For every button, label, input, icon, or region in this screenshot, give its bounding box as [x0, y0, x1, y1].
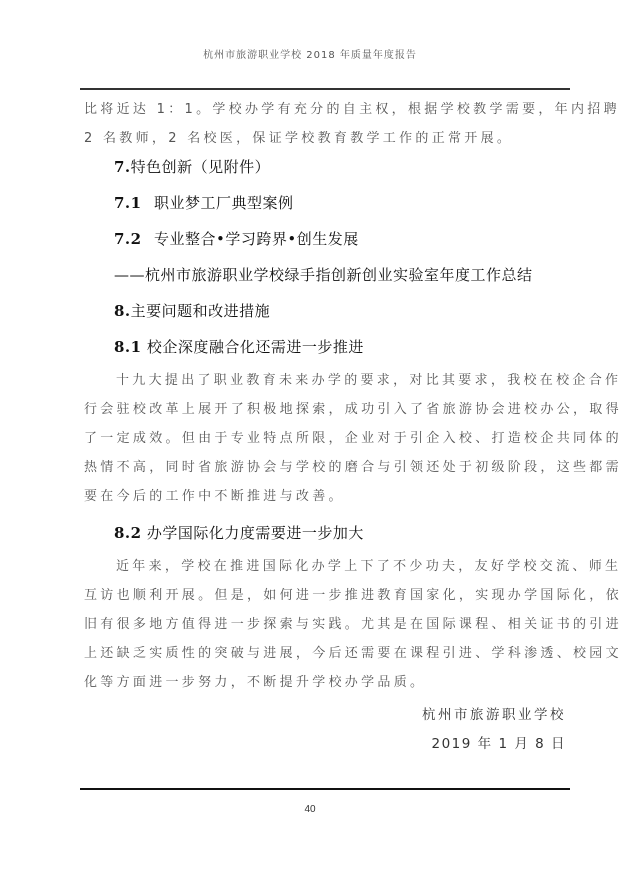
footer-divider — [80, 788, 570, 790]
paragraph-line: 行会驻校改革上展开了积极地探索，成功引入了省旅游协会进校办公，取得 — [84, 401, 566, 419]
header-title: 杭州市旅游职业学校 2018 年质量年度报告 — [0, 46, 620, 61]
signature-org: 杭州市旅游职业学校 — [422, 703, 566, 723]
header-divider — [80, 88, 570, 90]
section-7-1-heading: 7.1职业梦工厂典型案例 — [114, 194, 596, 212]
section-8-heading: 8.主要问题和改进措施 — [114, 302, 596, 320]
paragraph-line: 十九大提出了职业教育未来办学的要求，对比其要求，我校在校企合作、 — [84, 372, 566, 390]
paragraph-line: 2 名教师，2 名校医，保证学校教育教学工作的正常开展。 — [84, 130, 566, 148]
section-7-2-subtitle: ——杭州市旅游职业学校绿手指创新创业实验室年度工作总结 — [114, 266, 596, 284]
page-number: 40 — [0, 804, 620, 815]
paragraph-line: 旧有很多地方值得进一步探索与实践。尤其是在国际课程、相关证书的引进 — [84, 616, 566, 634]
paragraph-line: 上还缺乏实质性的突破与进展，今后还需要在课程引进、学科渗透、校园文 — [84, 645, 566, 663]
paragraph-line: 比将近达 1：1。学校办学有充分的自主权，根据学校教学需要，年内招聘了 — [84, 101, 566, 119]
section-7-heading: 7.特色创新（见附件） — [114, 158, 596, 176]
section-7-2-heading: 7.2专业整合•学习跨界•创生发展 — [114, 230, 596, 248]
section-8-1-heading: 8.1 校企深度融合化还需进一步推进 — [114, 338, 596, 356]
paragraph-line: 近年来，学校在推进国际化办学上下了不少功夫，友好学校交流、师生 — [84, 558, 566, 576]
signature-date: 2019 年 1 月 8 日 — [432, 732, 567, 752]
section-8-2-heading: 8.2 办学国际化力度需要进一步加大 — [114, 524, 596, 542]
paragraph-line: 了一定成效。但由于专业特点所限，企业对于引企入校、打造校企共同体的 — [84, 430, 566, 448]
paragraph-line: 要在今后的工作中不断推进与改善。 — [84, 488, 566, 506]
paragraph-line: 互访也顺利开展。但是，如何进一步推进教育国家化，实现办学国际化，依 — [84, 587, 566, 605]
paragraph-line: 热情不高，同时省旅游协会与学校的磨合与引领还处于初级阶段，这些都需 — [84, 459, 566, 477]
paragraph-line: 化等方面进一步努力，不断提升学校办学品质。 — [84, 674, 566, 692]
